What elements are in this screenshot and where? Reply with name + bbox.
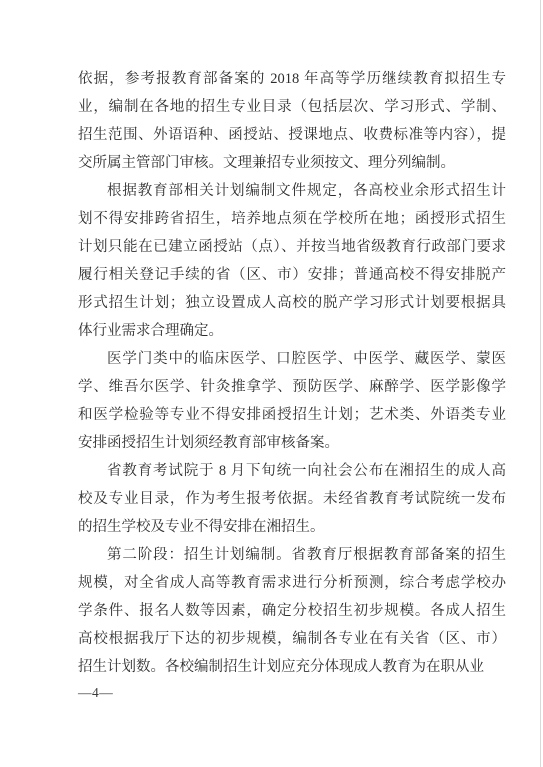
document-text-block: 依据，参考报教育部备案的 2018 年高等学历继续教育拟招生专 业，编制在各地的… bbox=[78, 65, 506, 681]
scan-edge-line bbox=[540, 0, 541, 767]
paragraph: 依据，参考报教育部备案的 2018 年高等学历继续教育拟招生专 业，编制在各地的… bbox=[78, 65, 506, 177]
document-page: 依据，参考报教育部备案的 2018 年高等学历继续教育拟招生专 业，编制在各地的… bbox=[0, 0, 543, 767]
text-line: 计划只能在已建立函授站（点）、并按当地省级教育行政部门要求 bbox=[78, 233, 506, 261]
text-line: 业，编制在各地的招生专业目录（包括层次、学习形式、学制、 bbox=[78, 93, 506, 121]
paragraph: 第二阶段：招生计划编制。省教育厅根据教育部备案的招生 规模，对全省成人高等教育需… bbox=[78, 541, 506, 681]
text-line: 依据，参考报教育部备案的 2018 年高等学历继续教育拟招生专 bbox=[78, 65, 506, 93]
text-line: 招生范围、外语语种、函授站、授课地点、收费标准等内容），提 bbox=[78, 121, 506, 149]
paragraph: 省教育考试院于 8 月下旬统一向社会公布在湘招生的成人高 校及专业目录，作为考生… bbox=[78, 457, 506, 541]
paragraph: 根据教育部相关计划编制文件规定，各高校业余形式招生计 划不得安排跨省招生，培养地… bbox=[78, 177, 506, 345]
text-line: 和医学检验等专业不得安排函授招生计划；艺术类、外语类专业 bbox=[78, 401, 506, 429]
text-line: 划不得安排跨省招生，培养地点须在学校所在地；函授形式招生 bbox=[78, 205, 506, 233]
text-line: 医学门类中的临床医学、口腔医学、中医学、藏医学、蒙医 bbox=[78, 345, 506, 373]
text-line: 履行相关登记手续的省（区、市）安排；普通高校不得安排脱产 bbox=[78, 261, 506, 289]
text-line: 规模，对全省成人高等教育需求进行分析预测，综合考虑学校办 bbox=[78, 569, 506, 597]
text-line: 招生计划数。各校编制招生计划应充分体现成人教育为在职从业 bbox=[78, 653, 506, 681]
text-line: 根据教育部相关计划编制文件规定，各高校业余形式招生计 bbox=[78, 177, 506, 205]
text-line: 交所属主管部门审核。文理兼招专业须按文、理分列编制。 bbox=[78, 149, 506, 177]
text-line: 的招生学校及专业不得安排在湘招生。 bbox=[78, 513, 506, 541]
page-number: —4— bbox=[78, 685, 113, 700]
text-line: 体行业需求合理确定。 bbox=[78, 317, 506, 345]
text-line: 校及专业目录，作为考生报考依据。未经省教育考试院统一发布 bbox=[78, 485, 506, 513]
text-line: 安排函授招生计划须经教育部审核备案。 bbox=[78, 429, 506, 457]
text-line: 高校根据我厅下达的初步规模，编制各专业在有关省（区、市） bbox=[78, 625, 506, 653]
text-line: 第二阶段：招生计划编制。省教育厅根据教育部备案的招生 bbox=[78, 541, 506, 569]
text-line: 省教育考试院于 8 月下旬统一向社会公布在湘招生的成人高 bbox=[78, 457, 506, 485]
text-line: 学条件、报名人数等因素，确定分校招生初步规模。各成人招生 bbox=[78, 597, 506, 625]
paragraph: 医学门类中的临床医学、口腔医学、中医学、藏医学、蒙医 学、维吾尔医学、针灸推拿学… bbox=[78, 345, 506, 457]
text-line: 形式招生计划；独立设置成人高校的脱产学习形式计划要根据具 bbox=[78, 289, 506, 317]
text-line: 学、维吾尔医学、针灸推拿学、预防医学、麻醉学、医学影像学 bbox=[78, 373, 506, 401]
